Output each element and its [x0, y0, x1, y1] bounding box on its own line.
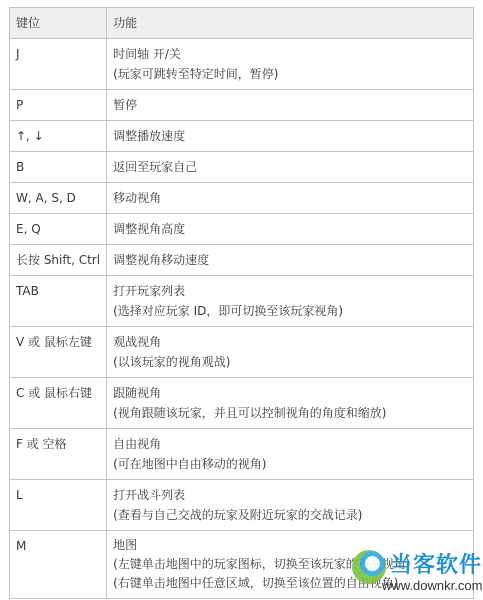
function-note: (查看与自己交战的玩家及附近玩家的交战记录)	[113, 505, 467, 525]
function-cell: 暂停	[107, 90, 474, 121]
key-cell: J	[10, 39, 107, 90]
function-text: 跟随视角	[113, 383, 467, 403]
key-cell: P	[10, 90, 107, 121]
column-header-key: 键位	[10, 8, 107, 39]
function-cell: 时间轴 开/关 (玩家可跳转至特定时间，暂停)	[107, 39, 474, 90]
function-text: 暂停	[113, 95, 467, 115]
key-cell: ↑, ↓	[10, 121, 107, 152]
table-row: W, A, S, D 移动视角	[10, 183, 474, 214]
function-cell: 自由视角 (可在地图中自由移动的视角)	[107, 429, 474, 480]
column-header-function: 功能	[107, 8, 474, 39]
function-cell: 调整播放速度	[107, 121, 474, 152]
function-cell: 跟随视角 (视角跟随该玩家，并且可以控制视角的角度和缩放)	[107, 378, 474, 429]
function-text: 调整播放速度	[113, 126, 467, 146]
function-note: (玩家可跳转至特定时间，暂停)	[113, 64, 467, 84]
table-header-row: 键位 功能	[10, 8, 474, 39]
key-cell: B	[10, 152, 107, 183]
function-note: (视角跟随该玩家，并且可以控制视角的角度和缩放)	[113, 403, 467, 423]
function-cell: 打开战斗列表 (查看与自己交战的玩家及附近玩家的交战记录)	[107, 480, 474, 531]
function-cell: 返回至玩家自己	[107, 152, 474, 183]
function-note: (可在地图中自由移动的视角)	[113, 454, 467, 474]
table-row: J 时间轴 开/关 (玩家可跳转至特定时间，暂停)	[10, 39, 474, 90]
key-cell: 长按 Shift, Ctrl	[10, 245, 107, 276]
function-text: 移动视角	[113, 188, 467, 208]
function-text: 调整视角移动速度	[113, 250, 467, 270]
function-text: 观战视角	[113, 332, 467, 352]
watermark-url: www.downkr.com	[382, 578, 482, 593]
watermark-title: 当客软件园	[390, 548, 483, 579]
key-cell: C 或 鼠标右键	[10, 378, 107, 429]
table-row: E, Q 调整视角高度	[10, 214, 474, 245]
table-row: ↑, ↓ 调整播放速度	[10, 121, 474, 152]
table-row: C 或 鼠标右键 跟随视角 (视角跟随该玩家，并且可以控制视角的角度和缩放)	[10, 378, 474, 429]
function-cell: 调整视角移动速度	[107, 245, 474, 276]
function-cell: 移动视角	[107, 183, 474, 214]
table-row: P 暂停	[10, 90, 474, 121]
keybinding-table: 键位 功能 J 时间轴 开/关 (玩家可跳转至特定时间，暂停) P 暂停 ↑, …	[9, 7, 474, 599]
key-cell: TAB	[10, 276, 107, 327]
key-cell: E, Q	[10, 214, 107, 245]
table-row: F 或 空格 自由视角 (可在地图中自由移动的视角)	[10, 429, 474, 480]
key-cell: L	[10, 480, 107, 531]
table-row: TAB 打开玩家列表 (选择对应玩家 ID，即可切换至该玩家视角)	[10, 276, 474, 327]
function-text: 调整视角高度	[113, 219, 467, 239]
table-row: L 打开战斗列表 (查看与自己交战的玩家及附近玩家的交战记录)	[10, 480, 474, 531]
function-text: 打开战斗列表	[113, 485, 467, 505]
key-cell: M	[10, 531, 107, 599]
function-text: 打开玩家列表	[113, 281, 467, 301]
function-text: 时间轴 开/关	[113, 44, 467, 64]
function-note: (选择对应玩家 ID，即可切换至该玩家视角)	[113, 301, 467, 321]
table-row: B 返回至玩家自己	[10, 152, 474, 183]
table-row: V 或 鼠标左键 观战视角 (以该玩家的视角观战)	[10, 327, 474, 378]
site-watermark: 当客软件园 www.downkr.com	[352, 546, 483, 600]
function-cell: 观战视角 (以该玩家的视角观战)	[107, 327, 474, 378]
site-logo-icon	[352, 550, 386, 584]
function-cell: 调整视角高度	[107, 214, 474, 245]
function-text: 自由视角	[113, 434, 467, 454]
key-cell: W, A, S, D	[10, 183, 107, 214]
key-cell: F 或 空格	[10, 429, 107, 480]
function-text: 返回至玩家自己	[113, 157, 467, 177]
function-cell: 打开玩家列表 (选择对应玩家 ID，即可切换至该玩家视角)	[107, 276, 474, 327]
table-row: 长按 Shift, Ctrl 调整视角移动速度	[10, 245, 474, 276]
key-cell: V 或 鼠标左键	[10, 327, 107, 378]
function-note: (以该玩家的视角观战)	[113, 352, 467, 372]
